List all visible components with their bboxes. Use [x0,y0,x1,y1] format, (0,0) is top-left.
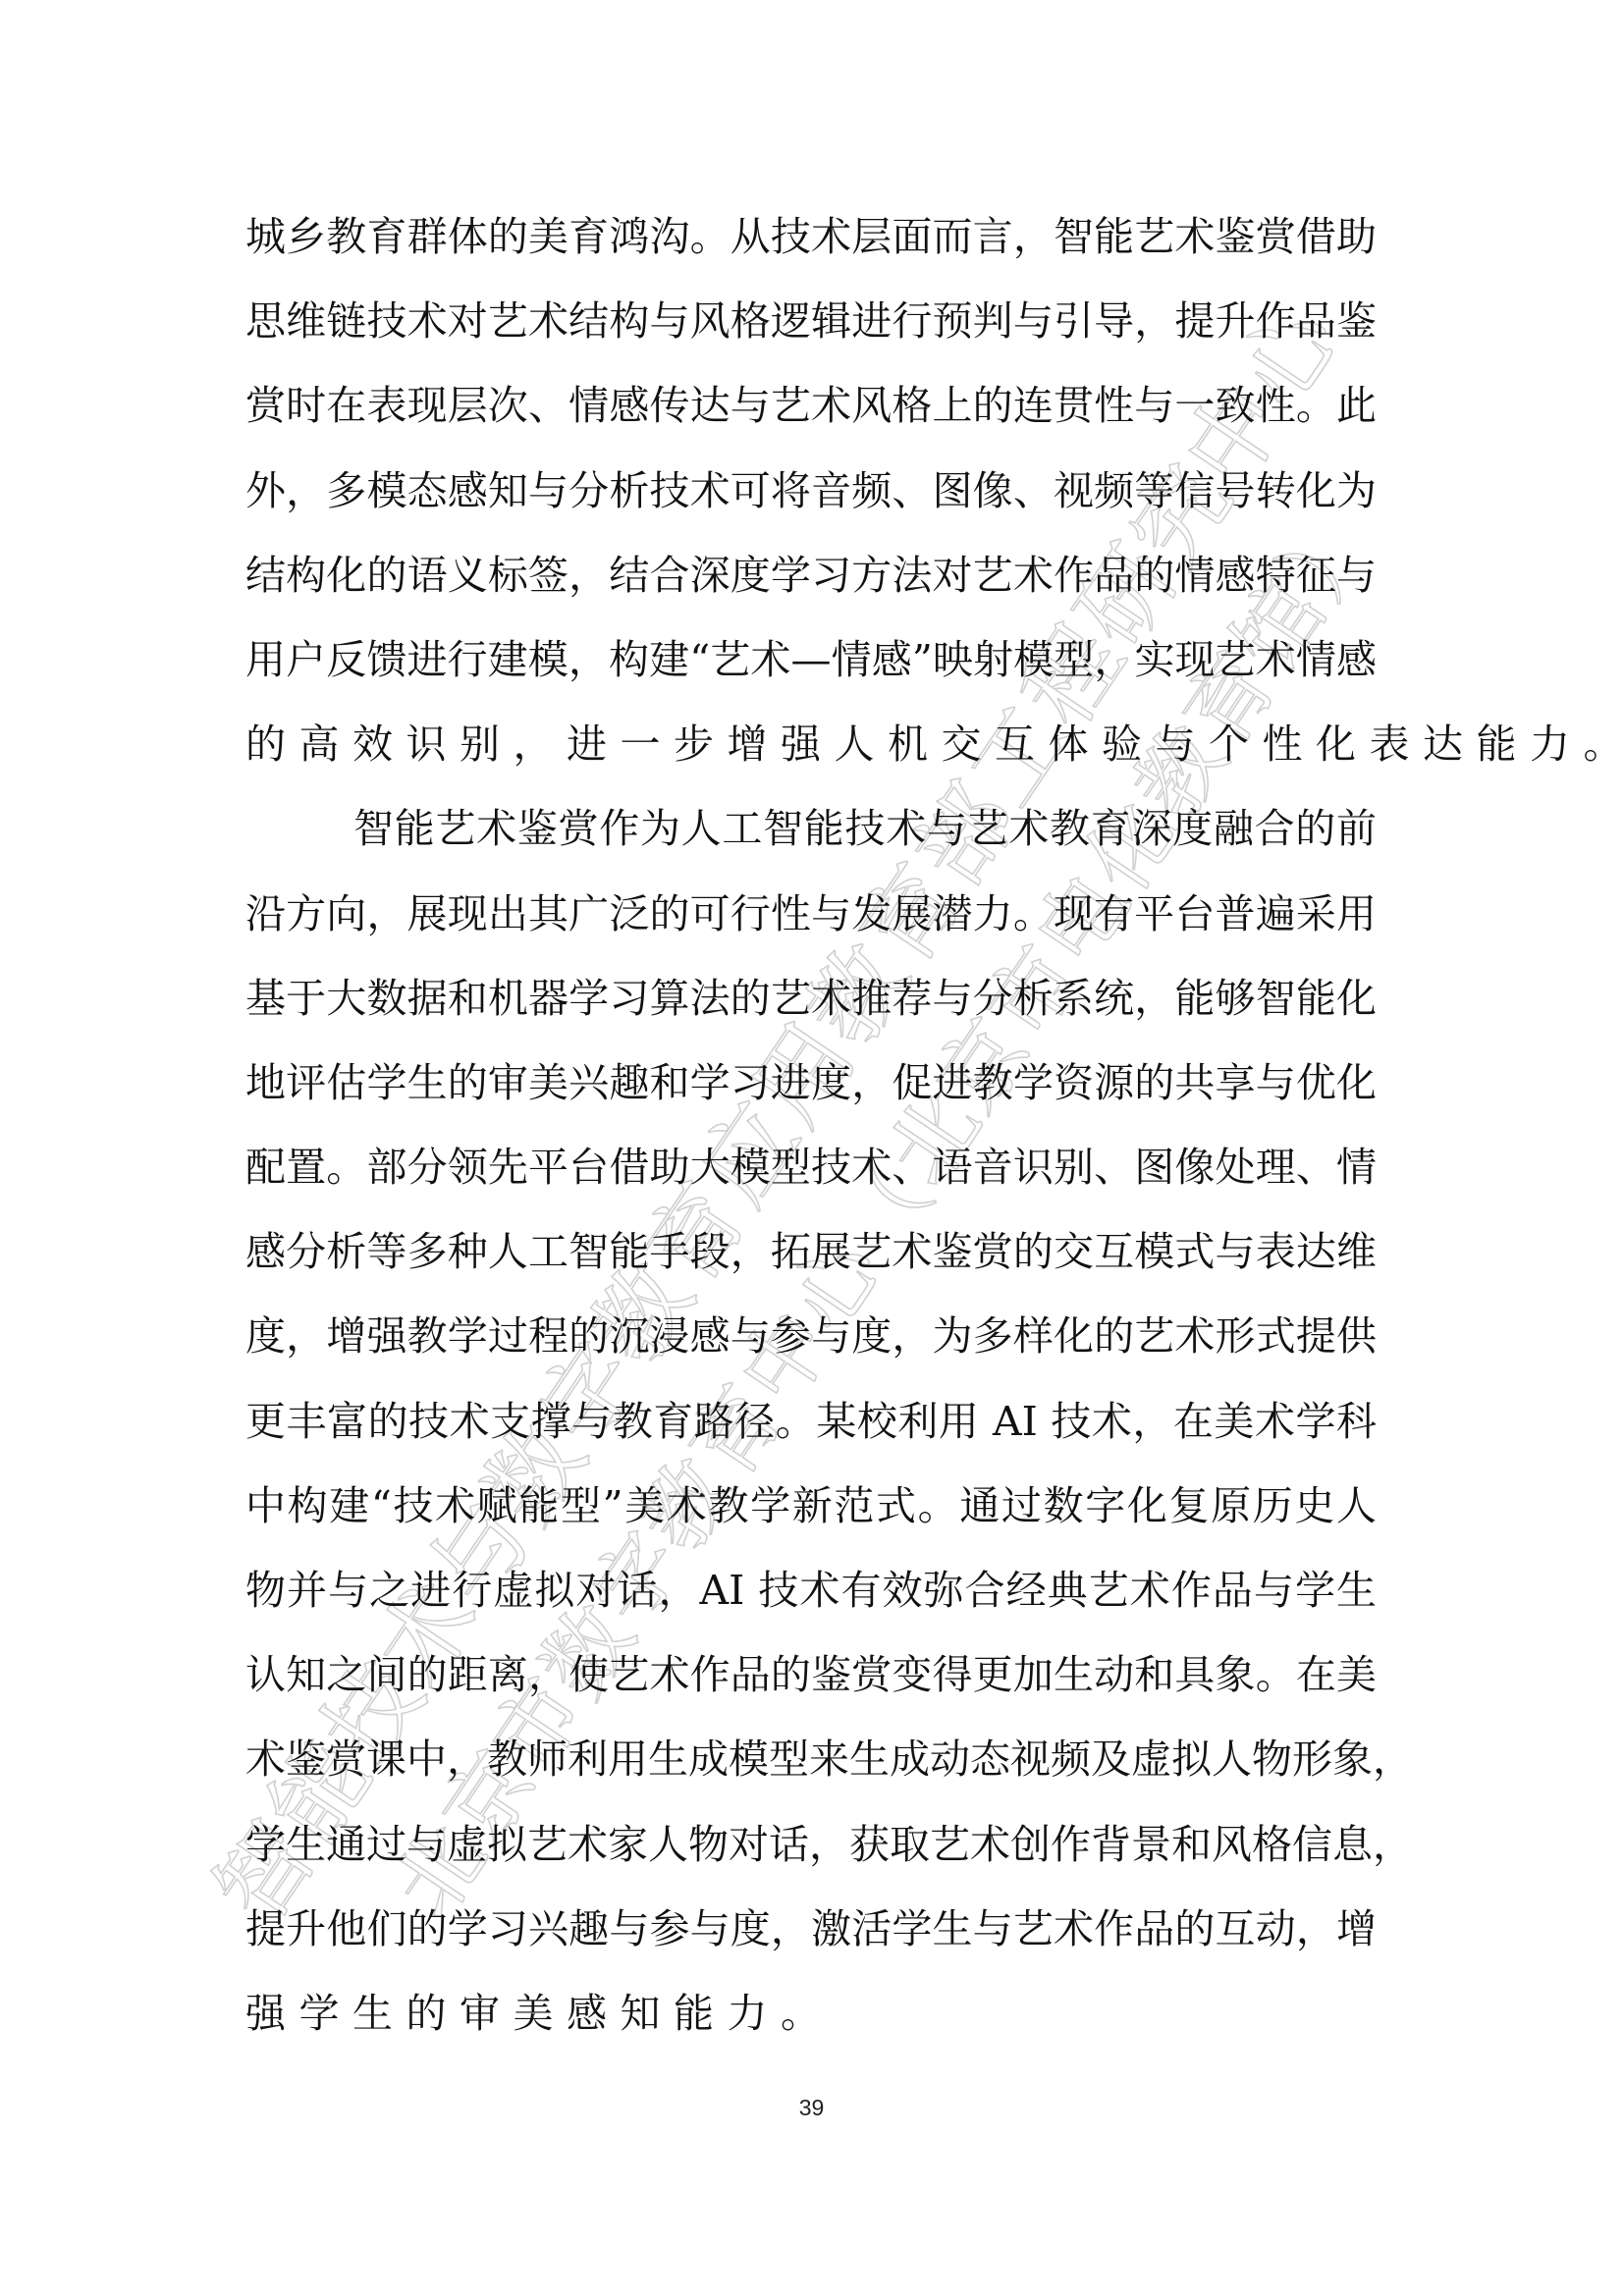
text-line: 外，多模态感知与分析技术可将音频、图像、视频等信号转化为 [245,449,1377,533]
text-line: 赏时在表现层次、情感传达与艺术风格上的连贯性与一致性。此 [245,363,1377,448]
text-line: 学生通过与虚拟艺术家人物对话，获取艺术创作背景和风格信息， [245,1802,1377,1887]
text-line: 术鉴赏课中，教师利用生成模型来生成动态视频及虚拟人物形象， [245,1717,1377,1801]
text-line: 思维链技术对艺术结构与风格逻辑进行预判与引导，提升作品鉴 [245,279,1377,363]
text-line: 基于大数据和机器学习算法的艺术推荐与分析系统，能够智能化 [245,956,1377,1041]
text-line: 用户反馈进行建模，构建“艺术—情感”映射模型，实现艺术情感 [245,617,1377,702]
text-line: 认知之间的距离，使艺术作品的鉴赏变得更加生动和具象。在美 [245,1632,1377,1717]
text-line: 中构建“技术赋能型”美术教学新范式。通过数字化复原历史人 [245,1464,1377,1548]
text-line: 智能艺术鉴赏作为人工智能技术与艺术教育深度融合的前 [245,786,1377,871]
paragraph-1: 城乡教育群体的美育鸿沟。从技术层面而言，智能艺术鉴赏借助 思维链技术对艺术结构与… [245,194,1377,786]
text-line: 配置。部分领先平台借助大模型技术、语音识别、图像处理、情 [245,1125,1377,1209]
paragraph-2: 智能艺术鉴赏作为人工智能技术与艺术教育深度融合的前 沿方向，展现出其广泛的可行性… [245,786,1377,2056]
body-text: 城乡教育群体的美育鸿沟。从技术层面而言，智能艺术鉴赏借助 思维链技术对艺术结构与… [245,194,1377,2056]
text-line: 沿方向，展现出其广泛的可行性与发展潜力。现有平台普遍采用 [245,872,1377,956]
text-line: 度，增强教学过程的沉浸感与参与度，为多样化的艺术形式提供 [245,1294,1377,1378]
text-line: 的高效识别，进一步增强人机交互体验与个性化表达能力。 [245,702,1377,786]
text-line: 结构化的语义标签，结合深度学习方法对艺术作品的情感特征与 [245,533,1377,617]
text-line: 地评估学生的审美兴趣和学习进度，促进教学资源的共享与优化 [245,1041,1377,1125]
page-number: 39 [0,2095,1623,2121]
text-line: 更丰富的技术支撑与教育路径。某校利用 AI 技术，在美术学科 [245,1379,1377,1464]
document-page: 智能技术与数字教育应用教育部工程研究中心 北京市数字教育中心（北京市电化教育馆）… [0,0,1623,2296]
text-line: 提升他们的学习兴趣与参与度，激活学生与艺术作品的互动，增 [245,1887,1377,1971]
text-line: 强学生的审美感知能力。 [245,1971,1377,2056]
text-line: 城乡教育群体的美育鸿沟。从技术层面而言，智能艺术鉴赏借助 [245,194,1377,279]
text-line: 物并与之进行虚拟对话，AI 技术有效弥合经典艺术作品与学生 [245,1548,1377,1632]
text-line: 感分析等多种人工智能手段，拓展艺术鉴赏的交互模式与表达维 [245,1209,1377,1294]
